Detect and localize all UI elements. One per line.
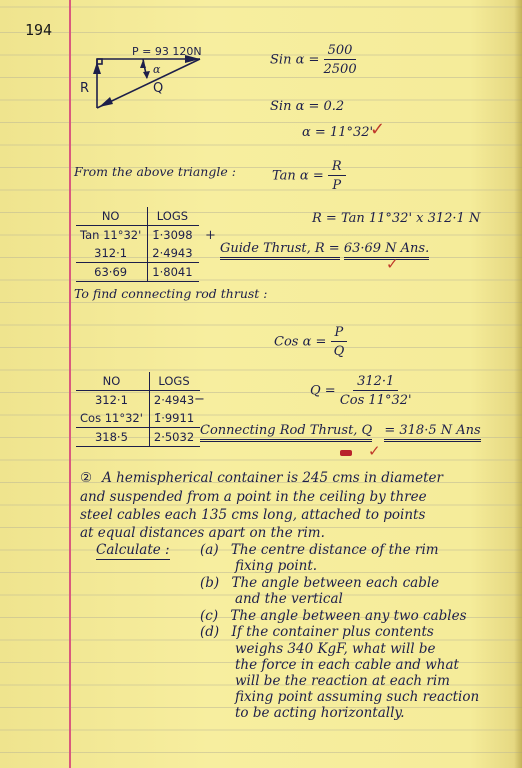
- sine-equation-1: Sin α = 500 2500: [270, 44, 357, 76]
- force-triangle-diagram: [85, 50, 215, 120]
- col-header-logs: LOGS: [149, 372, 200, 391]
- part-a-cont: fixing point.: [235, 558, 317, 574]
- part-label: (d): [200, 624, 219, 640]
- r-expression: R = Tan 11°32' x 312·1 N: [312, 212, 480, 225]
- part-d: (d) If the container plus contents: [200, 624, 434, 640]
- guide-thrust-result: Guide Thrust, R = 63·69 N Ans.: [220, 242, 429, 255]
- col-header-no: NO: [76, 207, 148, 226]
- tan-lhs: Tan α =: [272, 169, 324, 184]
- calculate-label: Calculate :: [96, 542, 170, 558]
- part-text: The centre distance of the rim: [231, 542, 439, 558]
- q-formula: Q = 312·1 Cos 11°32': [310, 375, 412, 407]
- part-d-cont-5: to be acting horizontally.: [235, 705, 405, 721]
- q-fraction: 312·1 Cos 11°32': [340, 375, 412, 407]
- cos-fraction: P Q: [331, 326, 348, 358]
- cell-no: 318·5: [76, 428, 149, 447]
- part-b: (b) The angle between each cable: [200, 575, 439, 591]
- subtract-sign: −: [194, 393, 205, 406]
- log-table-cos: NOLOGS 312·12·4943 Cos 11°32'1̄·9911 318…: [76, 372, 200, 447]
- cos-intro: To find connecting rod thrust :: [74, 288, 268, 301]
- question-line-3: steel cables each 135 cms long, attached…: [80, 507, 425, 523]
- part-label: (c): [200, 608, 218, 624]
- cell-log: 2·4943: [148, 244, 199, 263]
- cell-log: 2·4943: [149, 391, 200, 410]
- q-denominator: Cos 11°32': [340, 391, 412, 407]
- part-b-cont: and the vertical: [235, 591, 343, 607]
- table-result-row: 63·691·8041: [76, 263, 199, 282]
- angle-result: α = 11°32': [302, 126, 373, 139]
- tan-numerator: R: [328, 160, 346, 176]
- rod-thrust-value: = 318·5 N Ans: [384, 423, 480, 442]
- diagram-q-label: Q: [153, 82, 163, 95]
- guide-thrust-label: Guide Thrust, R =: [220, 241, 340, 260]
- cell-log: 1̄·3098: [148, 226, 199, 245]
- cell-no: Tan 11°32': [76, 226, 148, 245]
- cell-log: 2·5032: [149, 428, 200, 447]
- connecting-rod-thrust-result: Connecting Rod Thrust, Q = 318·5 N Ans: [200, 424, 481, 437]
- red-ink-blot: [340, 450, 352, 456]
- sine-fraction: 500 2500: [324, 44, 357, 76]
- page-number: 194: [25, 21, 52, 39]
- cell-no: 312·1: [76, 244, 148, 263]
- cos-lhs: Cos α =: [274, 335, 326, 350]
- tan-intro: From the above triangle :: [74, 166, 236, 179]
- part-d-cont-1: weighs 340 KgF, what will be: [235, 641, 436, 657]
- sine-numerator: 500: [324, 44, 357, 60]
- part-label: (b): [200, 575, 219, 591]
- cell-log: 1̄·9911: [149, 409, 200, 428]
- check-mark-icon: ✓: [368, 442, 381, 460]
- part-d-cont-3: will be the reaction at each rim: [235, 673, 450, 689]
- diagram-r-label: R: [80, 82, 89, 95]
- table-row: Cos 11°32'1̄·9911: [76, 409, 200, 428]
- cos-denominator: Q: [334, 342, 345, 358]
- col-header-logs: LOGS: [148, 207, 199, 226]
- cell-no: 63·69: [76, 263, 148, 282]
- part-d-cont-2: the force in each cable and what: [235, 657, 459, 673]
- cell-no: Cos 11°32': [76, 409, 149, 428]
- part-d-cont-4: fixing point assuming such reaction: [235, 689, 479, 705]
- add-sign: +: [205, 229, 216, 242]
- part-text: The angle between each cable: [231, 575, 439, 591]
- part-label: (a): [200, 542, 219, 558]
- tan-formula: Tan α = R P: [272, 160, 346, 192]
- notebook-page: 194 P = 93 120N R Q α Sin α = 500 2500 S…: [0, 0, 522, 768]
- question-line-2: and suspended from a point in the ceilin…: [80, 489, 427, 505]
- cos-formula: Cos α = P Q: [274, 326, 347, 358]
- diagram-p-label: P = 93 120N: [132, 46, 202, 57]
- sine-equation-2: Sin α = 0.2: [270, 100, 344, 113]
- part-a: (a) The centre distance of the rim: [200, 542, 439, 558]
- question-number: ②: [80, 470, 92, 486]
- part-text: The angle between any two cables: [230, 608, 466, 624]
- table-row: 312·12·4943: [76, 244, 199, 263]
- q-lhs: Q =: [310, 384, 336, 399]
- table-result-row: 318·52·5032: [76, 428, 200, 447]
- q-numerator: 312·1: [353, 375, 398, 391]
- question-line-1: ②A hemispherical container is 245 cms in…: [80, 470, 443, 486]
- tan-denominator: P: [332, 176, 341, 192]
- question-line-4: at equal distances apart on the rim.: [80, 525, 325, 541]
- table-row: Tan 11°32'1̄·3098: [76, 226, 199, 245]
- margin-rule: [69, 0, 71, 768]
- question-text: A hemispherical container is 245 cms in …: [102, 470, 443, 486]
- table-row: 312·12·4943: [76, 391, 200, 410]
- part-text: If the container plus contents: [231, 624, 433, 640]
- rod-thrust-label: Connecting Rod Thrust, Q: [200, 423, 372, 442]
- cos-numerator: P: [331, 326, 348, 342]
- check-mark-icon: ✓: [370, 119, 385, 140]
- sine-lhs: Sin α =: [270, 53, 319, 68]
- calculate-text: Calculate :: [96, 542, 170, 560]
- part-c: (c) The angle between any two cables: [200, 608, 467, 624]
- check-mark-icon: ✓: [386, 255, 399, 273]
- cell-log: 1·8041: [148, 263, 199, 282]
- sine-denominator: 2500: [324, 60, 357, 76]
- tan-fraction: R P: [328, 160, 346, 192]
- diagram-angle-label: α: [153, 64, 160, 75]
- col-header-no: NO: [76, 372, 149, 391]
- cell-no: 312·1: [76, 391, 149, 410]
- log-table-tan: NOLOGS Tan 11°32'1̄·3098 312·12·4943 63·…: [76, 207, 199, 282]
